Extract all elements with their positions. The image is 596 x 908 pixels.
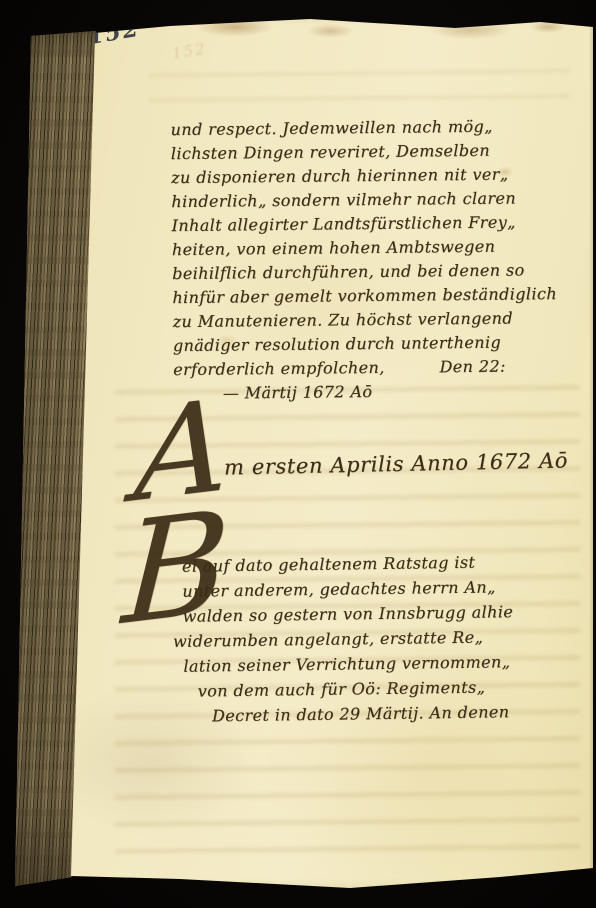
entry-body-paragraph: ei auf dato gehaltenem Ratstag ist unter…: [182, 548, 584, 729]
manuscript-line: hinfür aber gemelt vorkommen beständigli…: [172, 282, 576, 310]
ink-bleed-through-top: [150, 52, 570, 112]
entry-continuation-paragraph: und respect. Jedemweillen nach mög„ lich…: [171, 114, 578, 406]
archival-photo-of-manuscript: 152 152 und respect. Jedemweillen nach m…: [0, 0, 596, 908]
manuscript-dateline: — Märtij 1672 Aō: [173, 378, 577, 406]
manuscript-line: Decret in dato 29 Märtij. An denen: [212, 698, 584, 728]
manuscript-line: Inhalt allegirter Landtsfürstlichen Frey…: [172, 210, 576, 238]
